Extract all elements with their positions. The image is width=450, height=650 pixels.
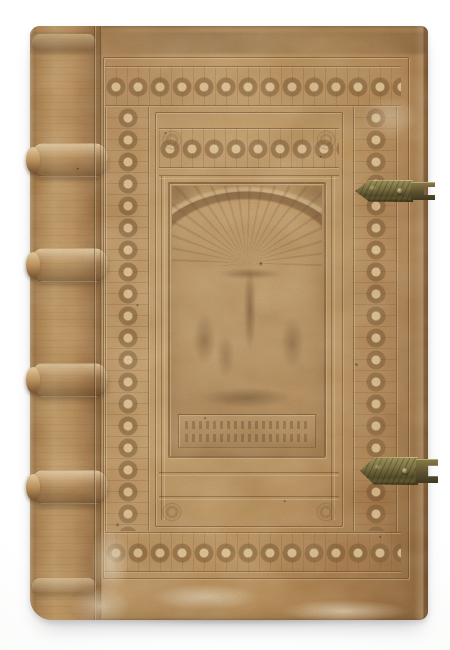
brass-clasp-top xyxy=(355,178,435,204)
clasp-plate xyxy=(355,180,413,202)
clasp-hook-icon xyxy=(411,182,435,200)
clasp-plate xyxy=(360,457,418,485)
leather-skin xyxy=(30,26,428,620)
clasp-hook-icon xyxy=(416,459,438,483)
dark-speckles xyxy=(30,26,428,620)
clasp-rivet xyxy=(402,468,408,474)
photo-background xyxy=(0,0,450,650)
clasp-rivet xyxy=(397,188,403,194)
spine-band-bump xyxy=(26,367,40,393)
spine-band-bump xyxy=(26,252,40,278)
antique-book xyxy=(30,26,428,620)
brass-clasp-bottom xyxy=(360,455,438,487)
spine-band-bump xyxy=(26,474,40,500)
spine-band-bump xyxy=(26,147,40,173)
